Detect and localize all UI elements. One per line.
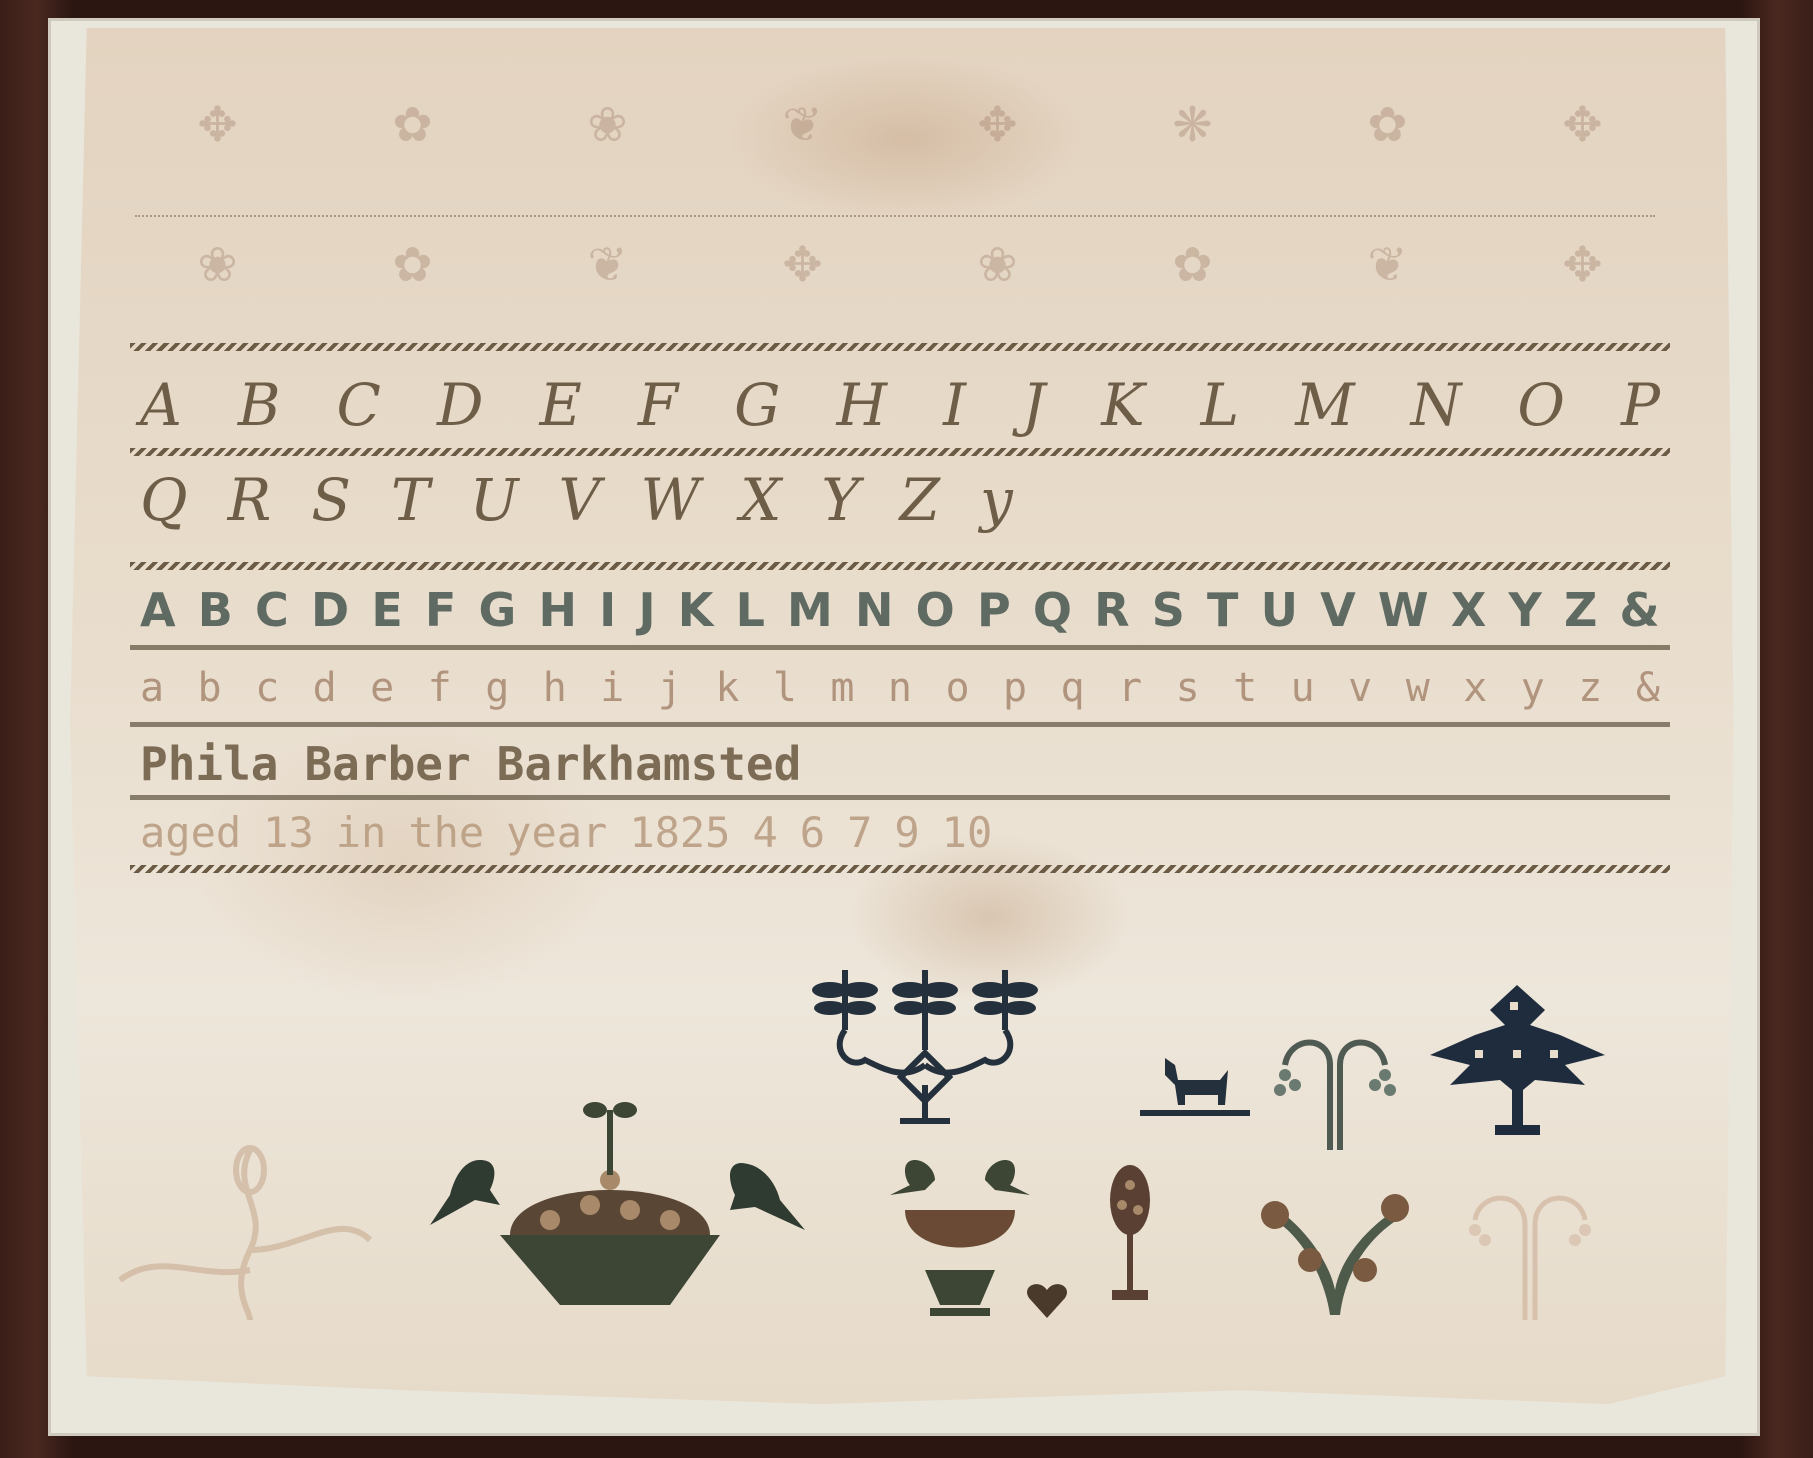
stitched-letter: A [140, 371, 182, 439]
stitched-word: 7 [847, 808, 872, 857]
stitched-letter: G [479, 583, 517, 637]
stitched-letter: Y [1508, 583, 1541, 637]
stitched-letter: X [1451, 583, 1486, 637]
stitched-letter: f [428, 665, 452, 711]
stitched-letter: p [1003, 665, 1027, 711]
age-year-row: aged13intheyear1825467910 [140, 805, 1660, 860]
stitched-letter: E [371, 583, 402, 637]
stitched-letter: n [888, 665, 912, 711]
first-name: Phila [140, 737, 278, 791]
stitched-letter: J [1022, 371, 1045, 439]
stitched-letter: F [638, 371, 678, 439]
grape-arbor-motif [1270, 1025, 1400, 1155]
faded-motif: ✿ [1367, 97, 1407, 153]
stitched-letter: V [1320, 583, 1356, 637]
stitched-letter: c [255, 665, 279, 711]
stitched-letter: C [337, 371, 381, 439]
stitched-letter: & [1619, 583, 1659, 637]
stitched-letter: M [787, 583, 833, 637]
stitched-letter: P [1621, 371, 1660, 439]
stitched-letter: Y [821, 466, 859, 534]
stitched-letter: Q [140, 466, 188, 534]
stitched-letter: o [945, 665, 969, 711]
stitched-letter: k [715, 665, 739, 711]
faded-motif: ✥ [782, 237, 822, 293]
stitched-letter: L [736, 583, 765, 637]
stitched-letter: B [238, 371, 281, 439]
dog-motif [1140, 1050, 1250, 1120]
stitched-letter: C [255, 583, 289, 637]
lowercase-alphabet-row: abcdefghijklmnopqrstuvwxyz& [140, 660, 1660, 715]
stitched-letter: V [559, 466, 601, 534]
faded-motif: ✿ [392, 97, 432, 153]
stitched-letter: w [1406, 665, 1430, 711]
stitched-word: aged [140, 808, 241, 857]
faded-motif: ✥ [197, 97, 237, 153]
stitched-letter: L [1201, 371, 1240, 439]
stitched-letter: M [1295, 371, 1354, 439]
stitched-letter: T [391, 466, 430, 534]
stitched-letter: R [228, 466, 272, 534]
faded-motif: ❀ [977, 237, 1017, 293]
stitched-letter: U [470, 466, 519, 534]
potted-flower-motif [1100, 1160, 1160, 1310]
stitched-letter: e [370, 665, 394, 711]
stitched-word: 10 [942, 808, 993, 857]
faded-motif: ❋ [1172, 97, 1212, 153]
stitched-word: the [408, 808, 484, 857]
faded-motif: ✥ [977, 97, 1017, 153]
stitched-letter: K [1101, 371, 1144, 439]
stitched-letter: y [1521, 665, 1545, 711]
zigzag-border-1 [130, 343, 1670, 351]
border-line-4 [130, 645, 1670, 650]
stitched-letter: X [740, 466, 781, 534]
strawberry-vine-motif [100, 1130, 380, 1330]
faded-motif: ✥ [1562, 97, 1602, 153]
stitched-letter: G [734, 371, 780, 439]
stitched-word: year [506, 808, 607, 857]
stitched-letter: v [1348, 665, 1372, 711]
stitched-letter: H [836, 371, 887, 439]
stitched-letter: F [425, 583, 456, 637]
stitched-letter: D [311, 583, 349, 637]
stitched-word: 6 [800, 808, 825, 857]
heart-motif [1025, 1280, 1070, 1320]
border-line-5 [130, 722, 1670, 727]
stitched-letter: H [538, 583, 577, 637]
block-alphabet-row: ABCDEFGHIJKLMNOPQRSTUVWXYZ& [140, 580, 1660, 640]
stitched-letter: s [1176, 665, 1200, 711]
script-alphabet-row-2: QRSTUVWXYZy [140, 455, 1660, 545]
stitched-letter: d [313, 665, 337, 711]
dotted-stitch-line [135, 215, 1655, 217]
stitched-letter: D [437, 371, 484, 439]
faded-motif: ❀ [197, 237, 237, 293]
stitched-letter: r [1118, 665, 1142, 711]
town: Barkhamsted [497, 737, 802, 791]
stitched-letter: J [638, 583, 655, 637]
stitched-letter: I [943, 371, 966, 439]
stitched-word: 13 [263, 808, 314, 857]
stitched-letter: O [916, 583, 955, 637]
faded-motif: ✿ [1172, 237, 1212, 293]
faded-motif: ✿ [392, 237, 432, 293]
pine-tree-motif [1425, 980, 1610, 1135]
birds-on-urn-motif [880, 1150, 1040, 1320]
faded-top-band: ✥✿❀❦✥❋✿✥ ❀✿❦✥❀✿❦✥ [120, 55, 1680, 335]
stitched-letter: x [1463, 665, 1487, 711]
stitched-letter: a [140, 665, 164, 711]
flower-sprig-motif [1245, 1180, 1415, 1320]
stitched-letter: b [198, 665, 222, 711]
stitched-letter: P [977, 583, 1011, 637]
stitched-letter: E [539, 371, 581, 439]
zigzag-border-7 [130, 865, 1670, 873]
stitched-word: 4 [752, 808, 777, 857]
stitched-word: 1825 [629, 808, 730, 857]
triple-tree-urn-motif [790, 960, 1060, 1130]
stitched-letter: z [1578, 665, 1602, 711]
stitched-letter: N [855, 583, 894, 637]
stitched-letter: K [678, 583, 714, 637]
bird-right-motif [720, 1155, 810, 1235]
faded-motif: ❀ [587, 97, 627, 153]
stitched-letter: h [543, 665, 567, 711]
stitched-letter: Z [1564, 583, 1597, 637]
faded-motif: ❦ [782, 97, 822, 153]
faded-motif: ❦ [1367, 237, 1407, 293]
stitched-letter: S [311, 466, 351, 534]
border-line-6 [130, 795, 1670, 800]
stitched-letter: g [485, 665, 509, 711]
stitched-letter: Q [1033, 583, 1072, 637]
stitched-letter: U [1261, 583, 1298, 637]
faded-arbor-motif [1455, 1175, 1605, 1325]
stitched-letter: N [1411, 371, 1462, 439]
stitched-letter: Z [900, 466, 940, 534]
stitched-letter: j [658, 665, 682, 711]
stitched-letter: q [1061, 665, 1085, 711]
top-band-row-1: ✥✿❀❦✥❋✿✥ [120, 55, 1680, 195]
stitched-word: 9 [894, 808, 919, 857]
maker-name-row: Phila Barber Barkhamsted [140, 735, 1660, 793]
stitched-letter: u [1291, 665, 1315, 711]
faded-motif: ❦ [587, 237, 627, 293]
stitched-letter: I [599, 583, 616, 637]
script-alphabet-row-1: ABCDEFGHIJKLMNOP [140, 365, 1660, 445]
stitched-letter: m [830, 665, 854, 711]
stitched-letter: i [600, 665, 624, 711]
zigzag-border-3 [130, 562, 1670, 570]
stitched-letter: l [773, 665, 797, 711]
stitched-letter: B [198, 583, 233, 637]
stitched-letter: y [980, 466, 1013, 534]
stitched-letter: O [1517, 371, 1565, 439]
faded-motif: ✥ [1562, 237, 1602, 293]
surname: Barber [304, 737, 470, 791]
stitched-letter: W [640, 466, 700, 534]
flower-basket-motif [490, 1095, 730, 1310]
stitched-word: in [336, 808, 387, 857]
stitched-letter: R [1094, 583, 1129, 637]
stitched-letter: T [1207, 583, 1238, 637]
stitched-letter: S [1152, 583, 1185, 637]
stitched-letter: t [1233, 665, 1257, 711]
stitched-letter: W [1378, 583, 1429, 637]
stitched-letter: A [140, 583, 176, 637]
stitched-letter: & [1636, 665, 1660, 711]
